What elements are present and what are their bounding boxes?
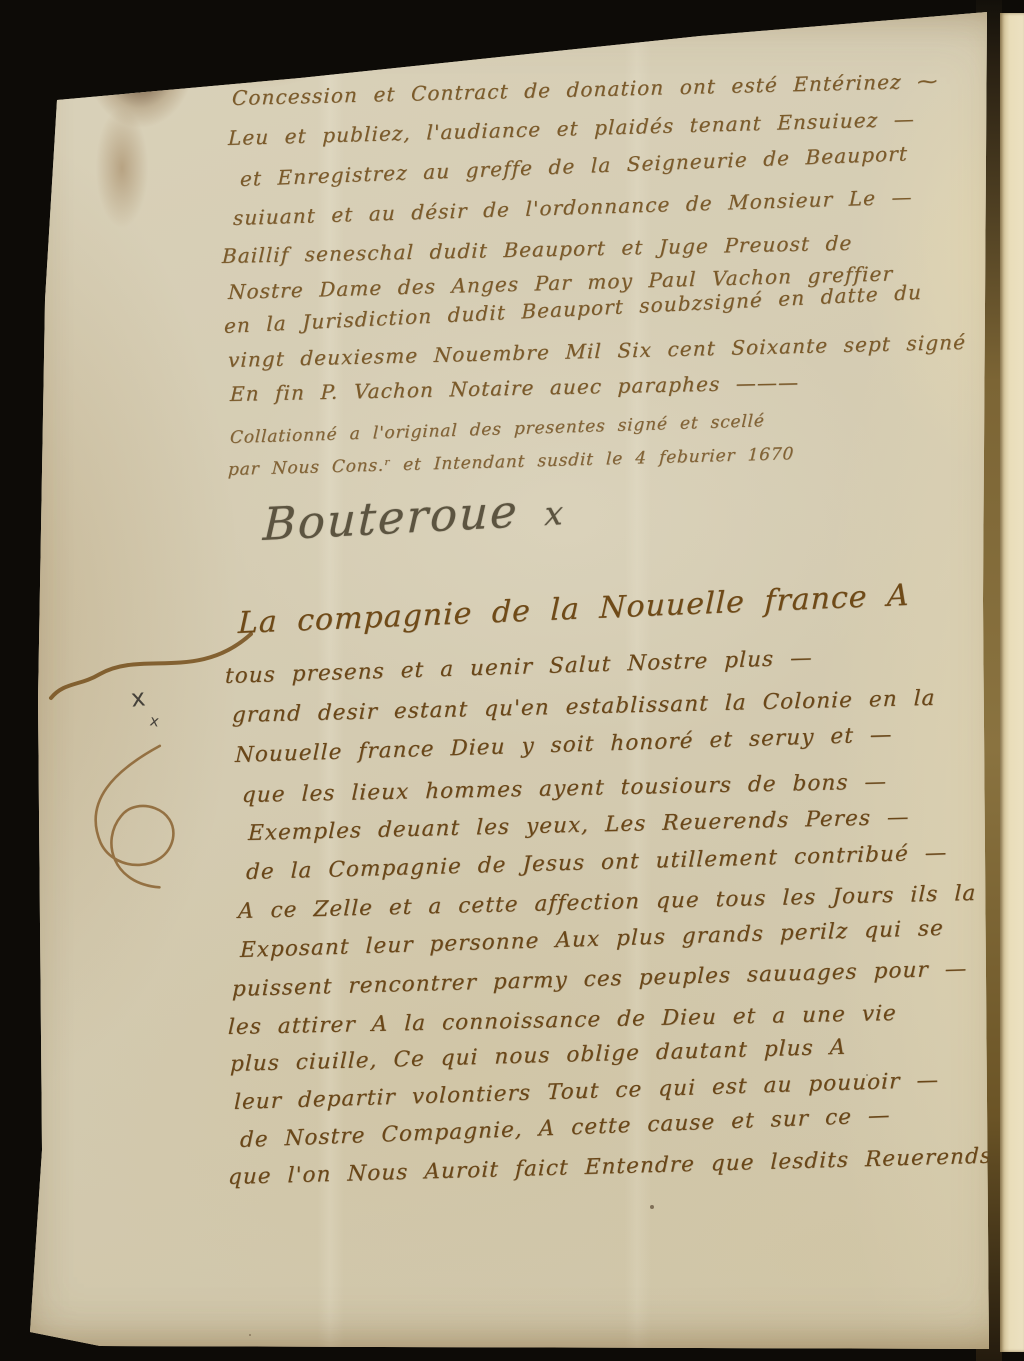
signature: Bouterouex: [262, 482, 566, 551]
manuscript-line: vingt deuxiesme Nouembre Mil Six cent So…: [228, 330, 967, 372]
signature-name: Bouteroue: [262, 485, 520, 552]
manuscript-line: que l'on Nous Auroit faict Entendre que …: [228, 1144, 993, 1190]
manuscript-line: Baillif seneschal dudit Beauport et Juge…: [222, 231, 853, 268]
manuscript-line: Leu et publiez, l'audiance et plaidés te…: [228, 107, 915, 150]
manuscript-line: Concession et Contract de donation ont e…: [232, 69, 939, 110]
act-heading-line: La compagnie de la Nouuelle france A: [238, 578, 911, 641]
manuscript-line: Exemples deuant les yeux, Les Reuerends …: [248, 805, 910, 846]
manuscript-line: Exposant leur personne Aux plus grands p…: [240, 916, 944, 963]
manuscript-line: plus ciuille, Ce qui nous oblige dautant…: [230, 1035, 847, 1077]
next-page-edge: [1000, 13, 1024, 1352]
manuscript-line: puissent rencontrer parmy ces peuples sa…: [232, 956, 968, 1002]
manuscript-line: et Enregistrez au greffe de la Seigneuri…: [240, 141, 908, 191]
calligraphic-flourish-icon: [60, 730, 241, 911]
manuscript-line: que les lieux hommes ayent tousiours de …: [242, 769, 888, 808]
ink-specks: [650, 1205, 654, 1209]
scan-background: { "page": { "folio_number": "171", "marg…: [0, 0, 1024, 1361]
margin-x-mark: x: [149, 711, 161, 730]
manuscript-line: grand desir estant qu'en establissant la…: [232, 686, 936, 728]
manuscript-line: les attirer A la connoissance de Dieu et…: [228, 1001, 898, 1040]
manuscript-line: Nouuelle france Dieu y soit honoré et se…: [235, 722, 893, 768]
manuscript-line: tous presens et a uenir Salut Nostre plu…: [225, 646, 813, 689]
manuscript-line: par Nous Cons.ʳ et Intendant susdit le 4…: [228, 444, 795, 480]
manuscript-line: Collationné a l'original des presentes s…: [230, 411, 765, 448]
signature-paraph-mark: x: [544, 493, 566, 533]
manuscript-line: En fin P. Vachon Notaire auec paraphes —…: [230, 370, 800, 406]
manuscript-line: suiuant et au désir de l'ordonnance de M…: [233, 185, 913, 230]
manuscript-page: 171 Concession et Contract de donation o…: [0, 0, 1024, 1361]
manuscript-line: de la Compagnie de Jesus ont utillement …: [246, 840, 948, 885]
folio-number: 171: [96, 61, 147, 96]
